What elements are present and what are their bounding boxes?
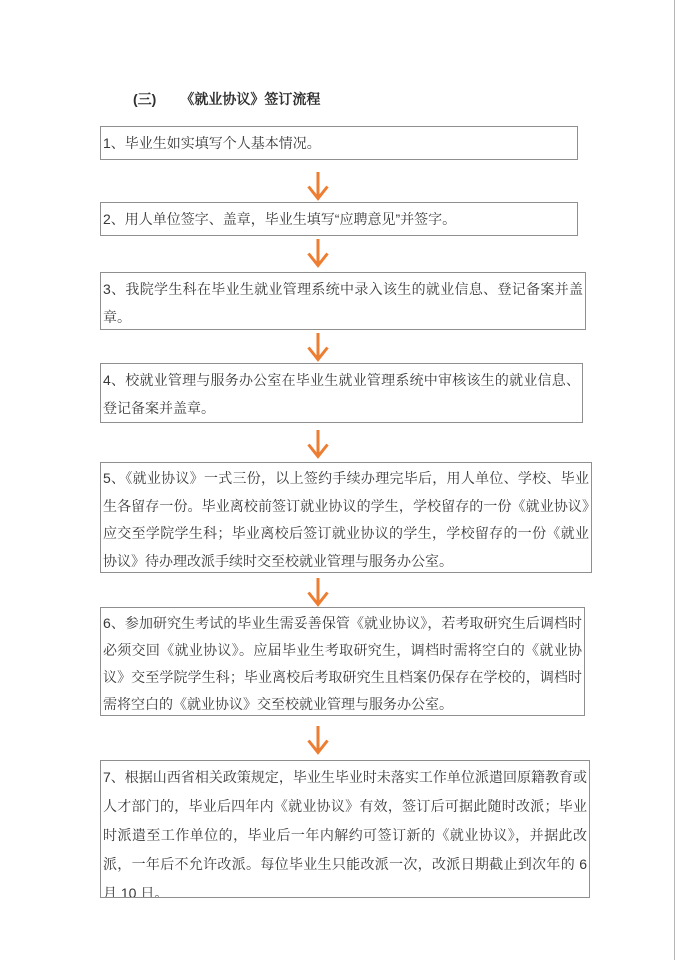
arrow-down-glyph (309, 239, 328, 266)
page-edge-divider (674, 0, 675, 960)
arrow-down-glyph (309, 578, 328, 605)
section-number: (三) (133, 89, 156, 109)
flow-step-2: 2、用人单位签字、盖章，毕业生填写“应聘意见”并签字。 (100, 202, 578, 236)
arrow-down-icon (306, 332, 330, 362)
flow-step-3: 3、我院学生科在毕业生就业管理系统中录入该生的就业信息、登记备案并盖章。 (100, 272, 586, 330)
flow-step-5: 5、《就业协议》一式三份，以上签约手续办理完毕后，用人单位、学校、毕业生各留存一… (100, 462, 592, 573)
arrow-down-icon (306, 238, 330, 268)
arrow-down-glyph (309, 430, 328, 457)
arrow-down-icon (306, 577, 330, 607)
arrow-down-icon (306, 429, 330, 459)
flow-step-4: 4、校就业管理与服务办公室在毕业生就业管理系统中审核该生的就业信息、登记备案并盖… (100, 363, 583, 423)
section-title: 《就业协议》签订流程 (180, 89, 320, 109)
flow-step-6: 6、参加研究生考试的毕业生需妥善保管《就业协议》，若考取研究生后调档时必须交回《… (100, 607, 585, 716)
document-page: (三) 《就业协议》签订流程 1、毕业生如实填写个人基本情况。 2、用人单位签字… (0, 0, 679, 960)
section-heading: (三) 《就业协议》签订流程 (133, 89, 320, 109)
arrow-down-glyph (309, 726, 328, 753)
flow-step-1: 1、毕业生如实填写个人基本情况。 (100, 126, 578, 160)
flow-step-7: 7、根据山西省相关政策规定，毕业生毕业时未落实工作单位派遣回原籍教育或人才部门的… (100, 760, 590, 898)
arrow-down-glyph (309, 333, 328, 360)
arrow-down-icon (306, 171, 330, 201)
arrow-down-glyph (309, 172, 328, 199)
arrow-down-icon (306, 725, 330, 755)
